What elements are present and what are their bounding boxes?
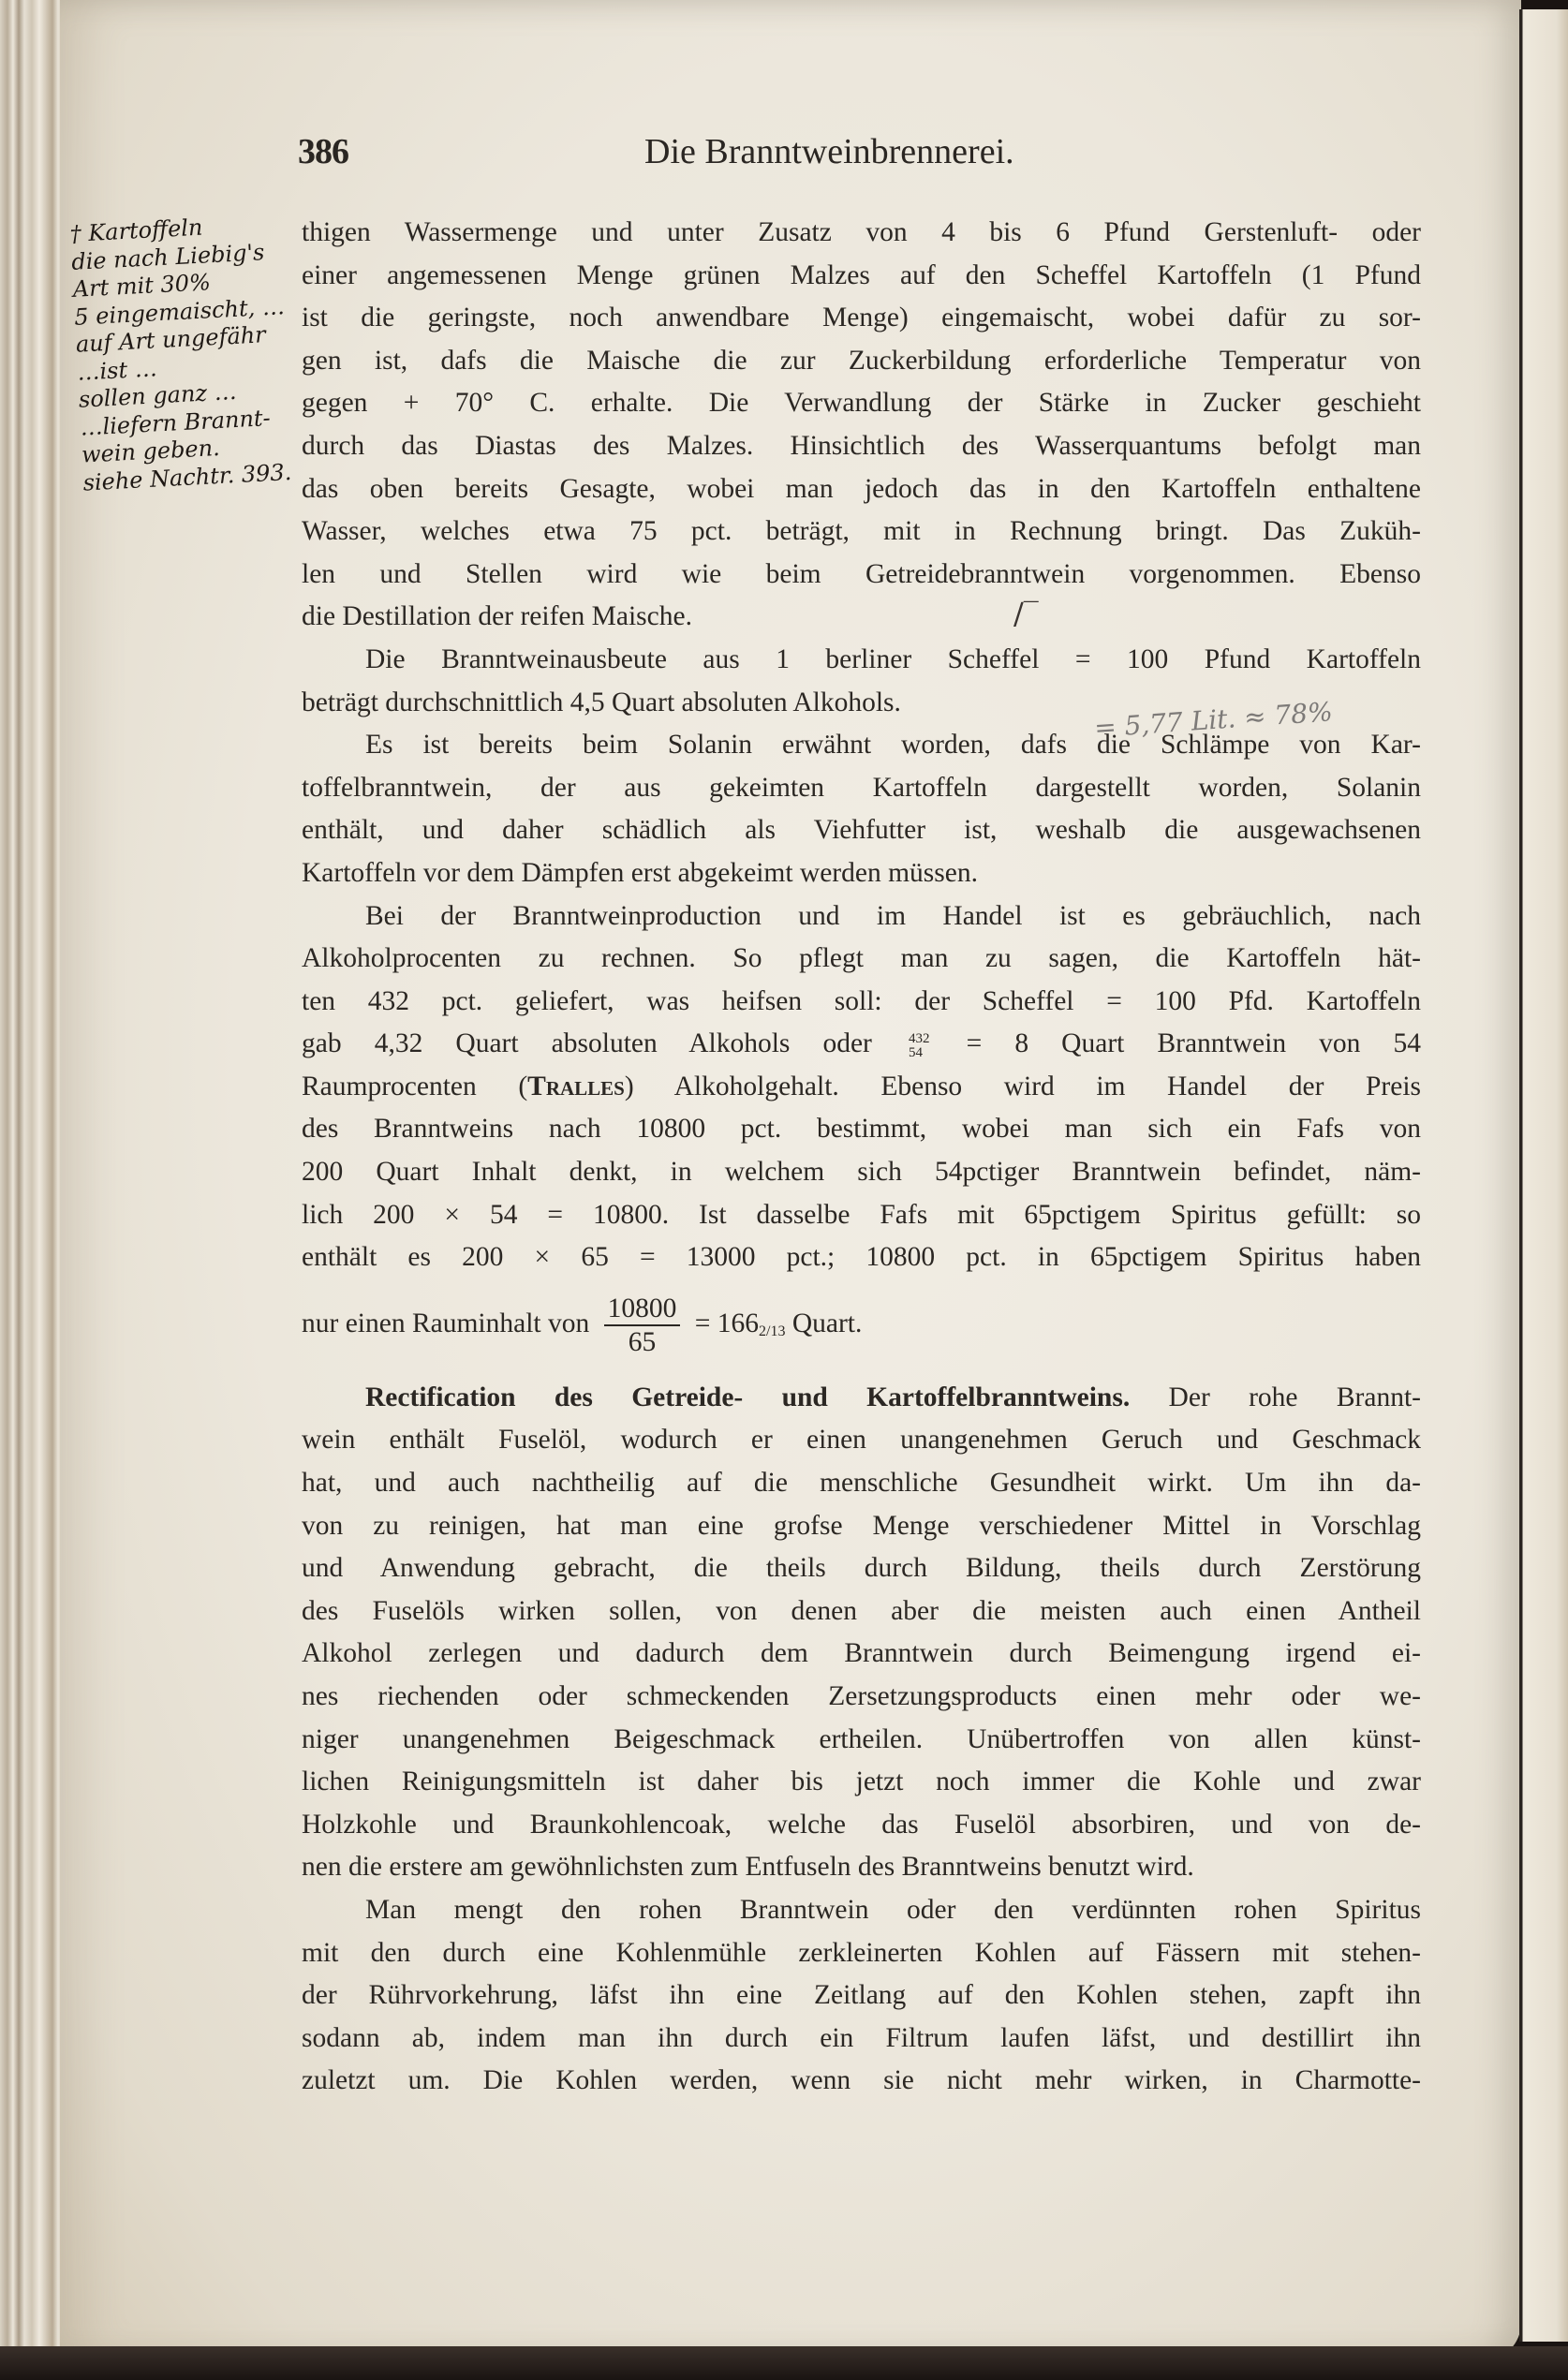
text-line: gab 4,32 Quart absoluten Alkohols oder 4… (302, 1023, 1421, 1066)
text-line: wein enthält Fuselöl, wodurch er einen u… (302, 1419, 1421, 1462)
text-line: Rectification des Getreide- und Kartoffe… (302, 1377, 1421, 1420)
fraction-numerator: 10800 (604, 1293, 681, 1326)
text-line: ist die geringste, noch anwendbare Menge… (302, 297, 1421, 340)
page-number: 386 (298, 131, 348, 172)
text-line: die Destillation der reifen Maische. (302, 596, 1421, 639)
text-line: Wasser, welches etwa 75 pct. beträgt, mi… (302, 510, 1421, 554)
text-line: einer angemessenen Menge grünen Malzes a… (302, 255, 1421, 298)
bottom-shadow (0, 2346, 1568, 2380)
paragraph: Man mengt den rohen Branntwein oder den … (302, 1889, 1421, 2103)
text-fragment: = 166 (695, 1308, 759, 1338)
text-line: Raumprocenten (Tralles) Alkoholgehalt. E… (302, 1066, 1421, 1109)
text-line: Kartoffeln vor dem Dämpfen erst abgekeim… (302, 852, 1421, 895)
facing-page-edge (1519, 9, 1568, 2342)
paragraph: thigen Wassermenge und unter Zusatz von … (302, 212, 1421, 639)
text-line: durch das Diastas des Malzes. Hinsichtli… (302, 425, 1421, 468)
text-fragment: Der rohe Brannt- (1169, 1382, 1421, 1412)
inline-fraction: 432 54 (909, 1032, 930, 1060)
text-line: Man mengt den rohen Branntwein oder den … (302, 1889, 1421, 1932)
text-line: Es ist bereits beim Solanin erwähnt word… (302, 724, 1421, 767)
text-line: Alkohol zerlegen und dadurch dem Branntw… (302, 1633, 1421, 1676)
author-name: Tralles (527, 1072, 625, 1101)
body-text: thigen Wassermenge und unter Zusatz von … (302, 212, 1421, 2103)
text-line: von zu reinigen, hat man eine grofse Men… (302, 1505, 1421, 1548)
text-line: Holzkohle und Braunkohlencoak, welche da… (302, 1804, 1421, 1847)
text-line: Bei der Branntweinproduction und im Hand… (302, 895, 1421, 939)
text-line: beträgt durchschnittlich 4,5 Quart absol… (302, 682, 1421, 725)
text-line: niger unangenehmen Beigeschmack ertheile… (302, 1719, 1421, 1762)
paragraph: Bei der Branntweinproduction und im Hand… (302, 895, 1421, 1371)
paragraph: Es ist bereits beim Solanin erwähnt word… (302, 724, 1421, 894)
text-line: gen ist, dafs die Maische die zur Zucker… (302, 340, 1421, 383)
text-line: nen die erstere am gewöhnlichsten zum En… (302, 1846, 1421, 1889)
section-heading: Rectification des Getreide- und Kartoffe… (365, 1382, 1130, 1412)
fraction-numerator: 432 (909, 1032, 930, 1046)
running-title: Die Branntweinbrennerei. (644, 131, 1014, 172)
text-line: enthält es 200 × 65 = 13000 pct.; 10800 … (302, 1236, 1421, 1279)
text-line: len und Stellen wird wie beim Getreidebr… (302, 554, 1421, 597)
text-line: enthält, und daher schädlich als Viehfut… (302, 809, 1421, 852)
text-line: und Anwendung gebracht, die theils durch… (302, 1547, 1421, 1590)
text-line: toffelbranntwein, der aus gekeimten Kart… (302, 767, 1421, 810)
text-line: ten 432 pct. geliefert, was heifsen soll… (302, 981, 1421, 1024)
page-header: 386 Die Branntweinbrennerei. (298, 131, 1422, 187)
fraction-denominator: 65 (604, 1326, 681, 1358)
page-edge-stack (0, 0, 64, 2360)
text-line: 200 Quart Inhalt denkt, in welchem sich … (302, 1151, 1421, 1194)
text-line: das oben bereits Gesagte, wobei man jedo… (302, 468, 1421, 511)
text-fragment: gab 4,32 Quart absoluten Alkohols oder (302, 1028, 872, 1058)
fraction-denominator: 54 (909, 1046, 930, 1060)
text-line: nes riechenden oder schmeckenden Zersetz… (302, 1676, 1421, 1719)
formula-line: nur einen Rauminhalt von 10800 65 = 1662… (302, 1279, 1421, 1371)
text-line: sodann ab, indem man ihn durch ein Filtr… (302, 2018, 1421, 2061)
text-fragment: ) Alkoholgehalt. Ebenso wird im Handel d… (625, 1072, 1421, 1101)
text-fragment: = 8 Quart Branntwein von 54 (967, 1028, 1421, 1058)
text-line: des Fuselöls wirken sollen, von denen ab… (302, 1590, 1421, 1633)
paragraph: Die Branntweinausbeute aus 1 berliner Sc… (302, 639, 1421, 724)
text-line: zuletzt um. Die Kohlen werden, wenn sie … (302, 2060, 1421, 2103)
text-fragment: nur einen Rauminhalt von (302, 1308, 589, 1338)
text-line: der Rührvorkehrung, läfst ihn eine Zeitl… (302, 1974, 1421, 2018)
paragraph: Rectification des Getreide- und Kartoffe… (302, 1377, 1421, 1889)
text-fragment: Raumprocenten ( (302, 1072, 527, 1101)
mixed-fraction: 2/13 (759, 1323, 785, 1339)
text-line: lichen Reinigungsmitteln ist daher bis j… (302, 1761, 1421, 1804)
text-line: lich 200 × 54 = 10800. Ist dasselbe Fafs… (302, 1194, 1421, 1237)
text-line: Alkoholprocenten zu rechnen. So pflegt m… (302, 938, 1421, 981)
text-line: thigen Wassermenge und unter Zusatz von … (302, 212, 1421, 255)
display-fraction: 10800 65 (604, 1293, 681, 1358)
text-line: gegen + 70° C. erhalte. Die Verwandlung … (302, 382, 1421, 425)
marginal-handwritten-note: † Kartoffeln die nach Liebig's Art mit 3… (69, 208, 327, 496)
text-line: Die Branntweinausbeute aus 1 berliner Sc… (302, 639, 1421, 682)
text-fragment: Quart. (792, 1308, 863, 1338)
text-line: mit den durch eine Kohlenmühle zerkleine… (302, 1932, 1421, 1975)
text-line: hat, und auch nachtheilig auf die mensch… (302, 1462, 1421, 1505)
text-line: des Branntweins nach 10800 pct. bestimmt… (302, 1108, 1421, 1151)
